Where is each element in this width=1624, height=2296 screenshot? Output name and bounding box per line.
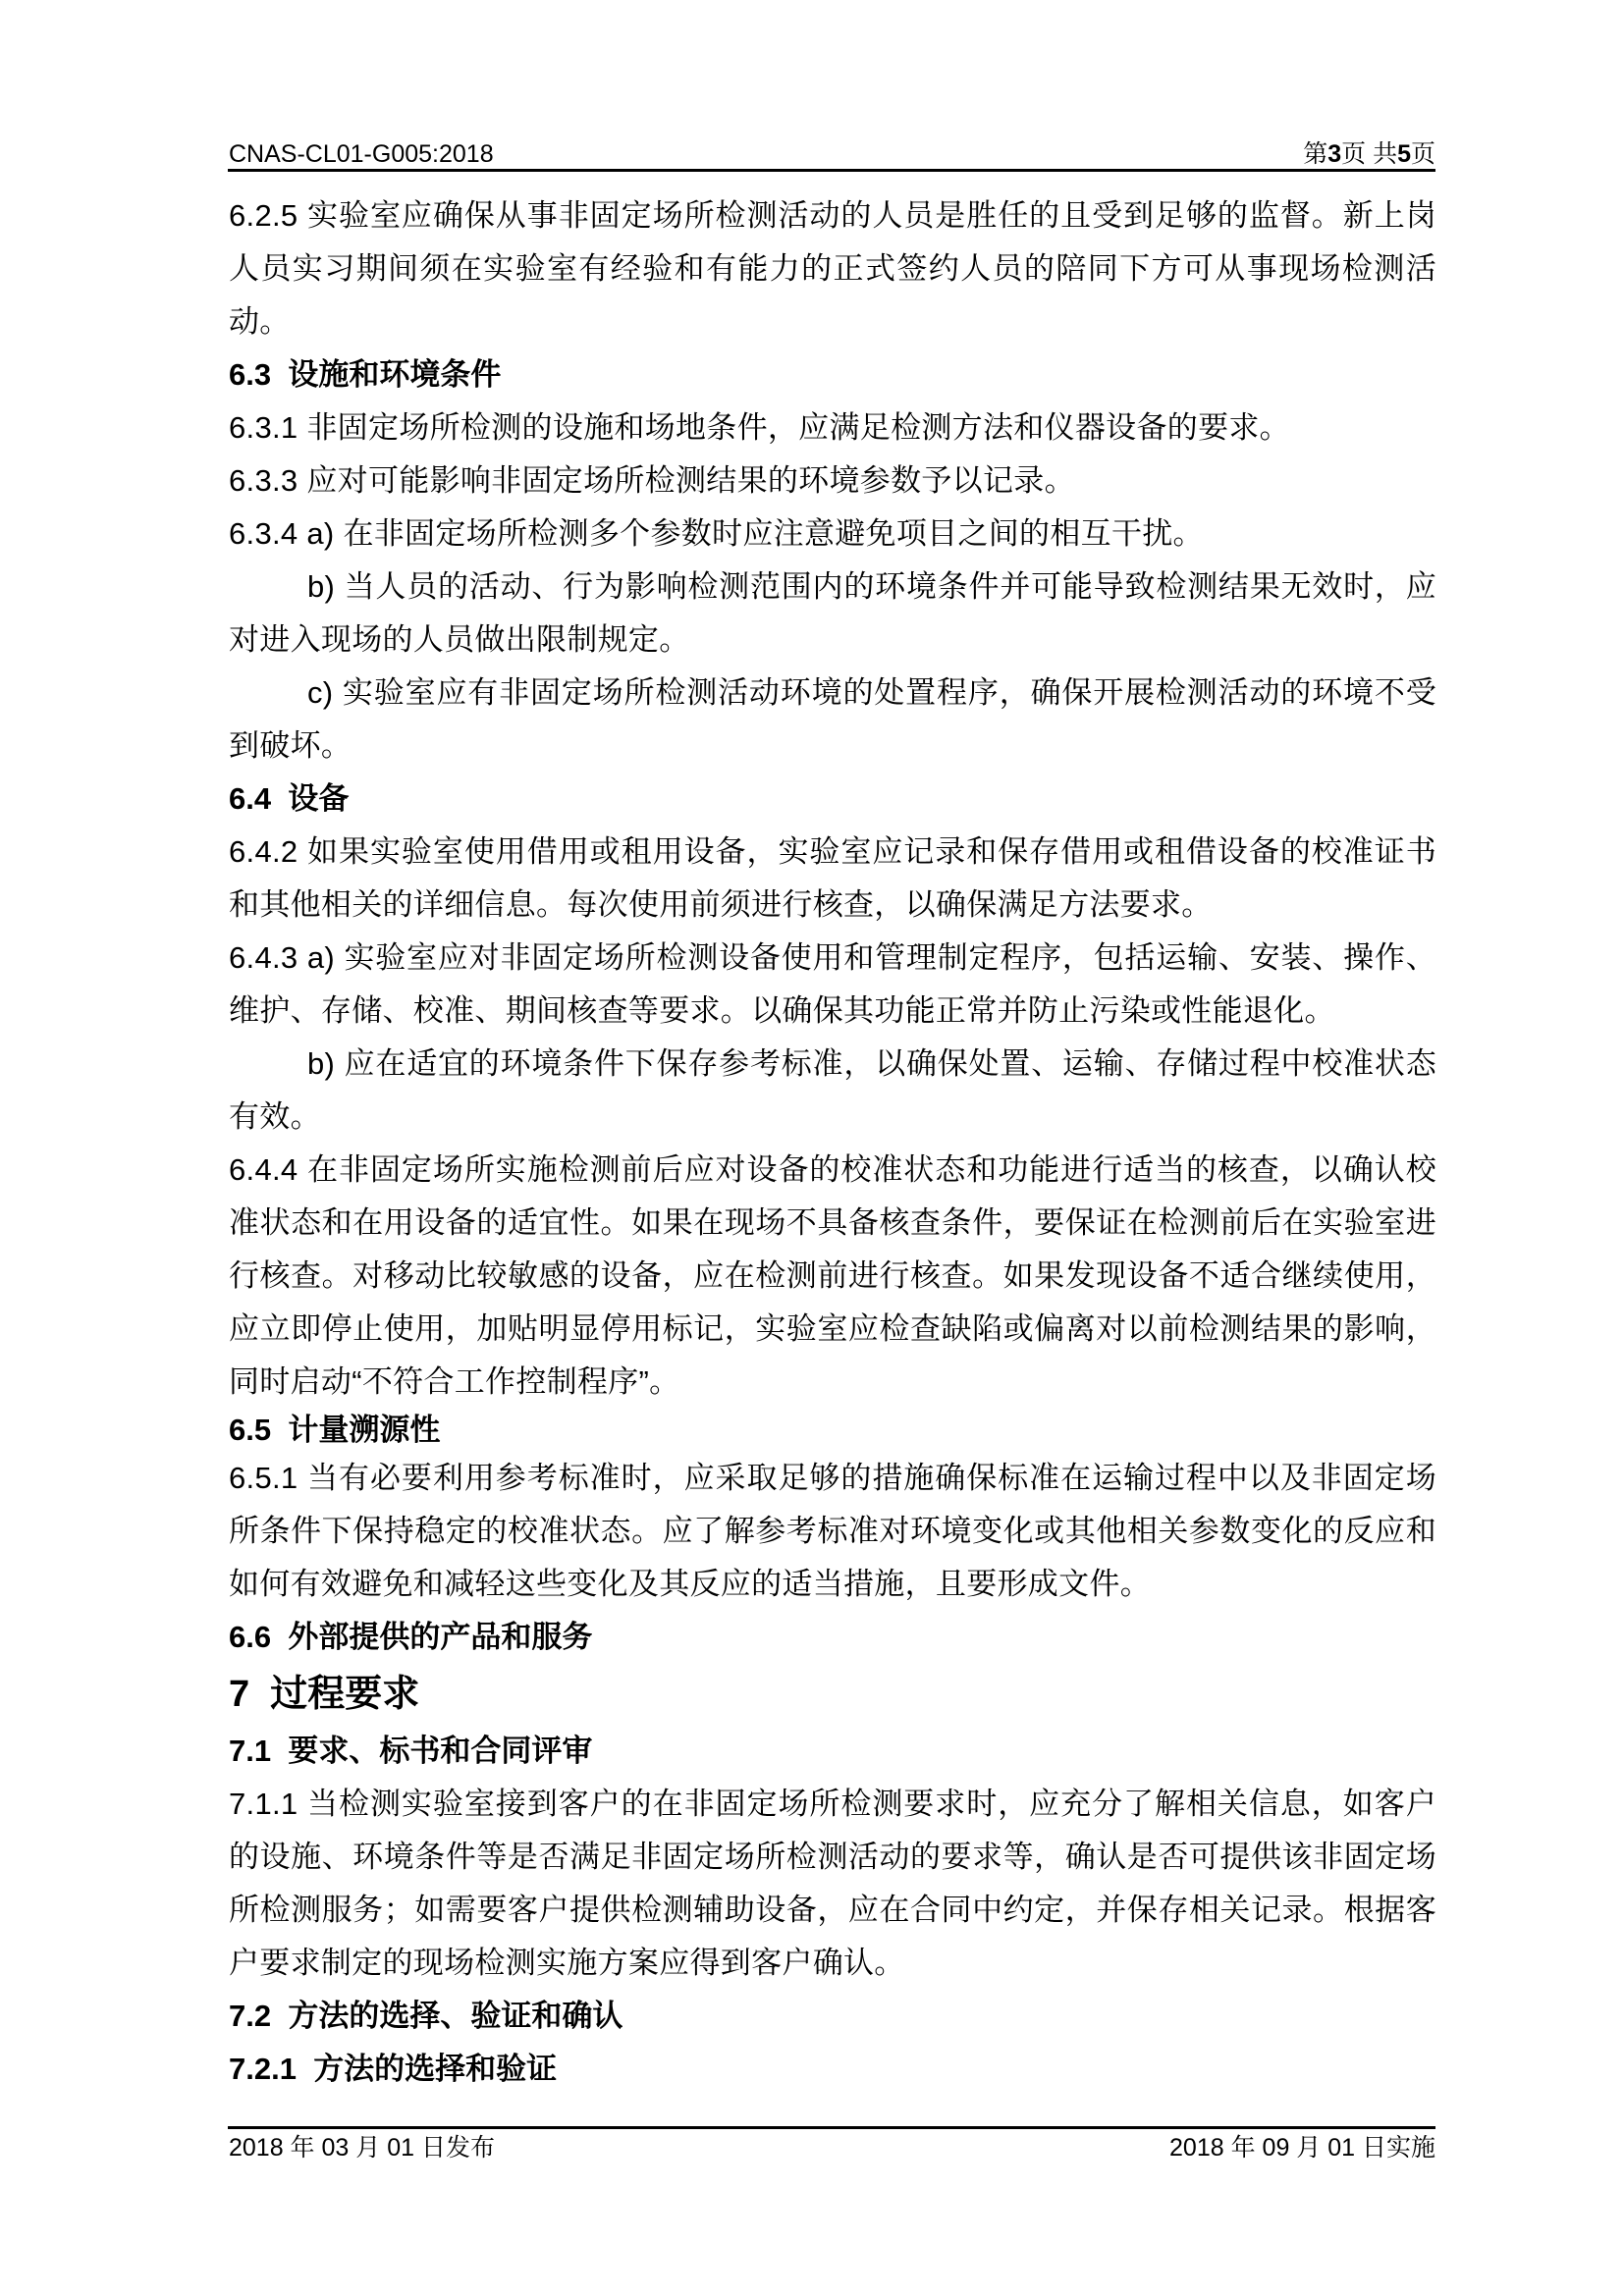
- clause-text: 应对可能影响非固定场所检测结果的环境参数予以记录。: [306, 463, 1075, 498]
- clause-number: 7.1.1: [229, 1787, 298, 1821]
- clause-6-5-1: 6.5.1 当有必要利用参考标准时，应采取足够的措施确保标准在运输过程中以及非固…: [229, 1452, 1436, 1611]
- clause-7-1-1: 7.1.1 当检测实验室接到客户的在非固定场所检测要求时，应充分了解相关信息，如…: [229, 1778, 1436, 1990]
- clause-text: 实验室应有非固定场所检测活动环境的处置程序，确保开展检测活动的环境不受到破坏。: [229, 675, 1436, 763]
- clause-6-3-3: 6.3.3 应对可能影响非固定场所检测结果的环境参数予以记录。: [229, 454, 1436, 507]
- page-mid: 页 共: [1341, 140, 1397, 168]
- effective-date: 2018 年 09 月 01 日实施: [1169, 2131, 1435, 2164]
- heading-title: 计量溯源性: [288, 1413, 440, 1447]
- section-heading-6-6: 6.6 外部提供的产品和服务: [229, 1611, 1436, 1664]
- clause-number: b): [307, 569, 335, 604]
- clause-text: 当检测实验室接到客户的在非固定场所检测要求时，应充分了解相关信息，如客户的设施、…: [229, 1787, 1436, 1980]
- page-prefix: 第: [1303, 140, 1327, 168]
- clause-6-3-4-a: 6.3.4 a) 在非固定场所检测多个参数时应注意避免项目之间的相互干扰。: [229, 507, 1436, 561]
- heading-number: 6.3: [229, 357, 271, 392]
- clause-text: 在非固定场所实施检测前后应对设备的校准状态和功能进行适当的核查，以确认校准状态和…: [229, 1152, 1436, 1399]
- clause-6-4-2: 6.4.2 如果实验室使用借用或租用设备，实验室应记录和保存借用或租借设备的校准…: [229, 826, 1436, 932]
- section-heading-6-5: 6.5 计量溯源性: [229, 1409, 1436, 1452]
- document-body: 6.2.5 实验室应确保从事非固定场所检测活动的人员是胜任的且受到足够的监督。新…: [229, 189, 1436, 2096]
- clause-6-4-3-b: b) 应在适宜的环境条件下保存参考标准，以确保处置、运输、存储过程中校准状态有效…: [229, 1038, 1436, 1144]
- clause-6-3-4-c: c) 实验室应有非固定场所检测活动环境的处置程序，确保开展检测活动的环境不受到破…: [229, 667, 1436, 773]
- page-header: CNAS-CL01-G005:2018 第3页 共5页: [229, 135, 1435, 169]
- clause-number: 6.2.5: [229, 198, 298, 233]
- clause-text: 在非固定场所检测多个参数时应注意避免项目之间的相互干扰。: [343, 516, 1203, 551]
- clause-text: 如果实验室使用借用或租用设备，实验室应记录和保存借用或租借设备的校准证书和其他相…: [229, 834, 1436, 922]
- clause-number: 6.3.1: [229, 410, 298, 445]
- footer-rule: [228, 2126, 1435, 2129]
- heading-number: 7: [229, 1674, 249, 1715]
- heading-title: 过程要求: [270, 1674, 419, 1715]
- page-total: 5: [1397, 140, 1411, 168]
- heading-number: 6.4: [229, 781, 271, 816]
- clause-6-4-3-a: 6.4.3 a) 实验室应对非固定场所检测设备使用和管理制定程序，包括运输、安装…: [229, 932, 1436, 1038]
- clause-text: 非固定场所检测的设施和场地条件，应满足检测方法和仪器设备的要求。: [306, 410, 1290, 445]
- heading-title: 设施和环境条件: [288, 357, 501, 392]
- heading-title: 设备: [288, 781, 349, 816]
- document-code: CNAS-CL01-G005:2018: [229, 139, 494, 169]
- section-heading-6-4: 6.4 设备: [229, 773, 1436, 826]
- heading-title: 外部提供的产品和服务: [288, 1620, 592, 1654]
- section-heading-7-1: 7.1 要求、标书和合同评审: [229, 1725, 1436, 1778]
- clause-6-3-1: 6.3.1 非固定场所检测的设施和场地条件，应满足检测方法和仪器设备的要求。: [229, 401, 1436, 454]
- section-heading-7-2-1: 7.2.1 方法的选择和验证: [229, 2043, 1436, 2096]
- heading-number: 7.2: [229, 1999, 271, 2033]
- heading-number: 7.1: [229, 1734, 271, 1768]
- heading-title: 要求、标书和合同评审: [288, 1734, 592, 1768]
- section-heading-7-2: 7.2 方法的选择、验证和确认: [229, 1990, 1436, 2043]
- issue-date: 2018 年 03 月 01 日发布: [229, 2131, 495, 2164]
- clause-text: 当有必要利用参考标准时，应采取足够的措施确保标准在运输过程中以及非固定场所条件下…: [229, 1461, 1436, 1601]
- clause-6-4-4: 6.4.4 在非固定场所实施检测前后应对设备的校准状态和功能进行适当的核查，以确…: [229, 1144, 1436, 1409]
- clause-number: 6.4.3 a): [229, 940, 335, 975]
- clause-number: 6.3.3: [229, 463, 298, 498]
- clause-number: 6.4.4: [229, 1152, 298, 1187]
- clause-6-3-4-b: b) 当人员的活动、行为影响检测范围内的环境条件并可能导致检测结果无效时，应对进…: [229, 561, 1436, 667]
- clause-text: 应在适宜的环境条件下保存参考标准，以确保处置、运输、存储过程中校准状态有效。: [229, 1046, 1436, 1134]
- heading-title: 方法的选择、验证和确认: [288, 1999, 623, 2033]
- heading-number: 7.2.1: [229, 2052, 297, 2086]
- page-suffix: 页: [1411, 140, 1435, 168]
- heading-number: 6.6: [229, 1620, 271, 1654]
- clause-number: b): [307, 1046, 335, 1081]
- page-number: 第3页 共5页: [1303, 139, 1435, 169]
- clause-text: 实验室应对非固定场所检测设备使用和管理制定程序，包括运输、安装、操作、维护、存储…: [229, 940, 1436, 1028]
- clause-number: 6.3.4 a): [229, 516, 335, 551]
- clause-text: 实验室应确保从事非固定场所检测活动的人员是胜任的且受到足够的监督。新上岗人员实习…: [229, 198, 1436, 339]
- clause-number: 6.4.2: [229, 834, 298, 869]
- clause-6-2-5: 6.2.5 实验室应确保从事非固定场所检测活动的人员是胜任的且受到足够的监督。新…: [229, 189, 1436, 348]
- header-rule: [228, 169, 1435, 172]
- clause-text: 当人员的活动、行为影响检测范围内的环境条件并可能导致检测结果无效时，应对进入现场…: [229, 569, 1436, 657]
- heading-number: 6.5: [229, 1413, 271, 1447]
- chapter-heading-7: 7 过程要求: [229, 1664, 1436, 1725]
- section-heading-6-3: 6.3 设施和环境条件: [229, 348, 1436, 401]
- heading-title: 方法的选择和验证: [313, 2052, 557, 2086]
- page-footer: 2018 年 03 月 01 日发布 2018 年 09 月 01 日实施: [229, 2131, 1435, 2164]
- clause-number: c): [307, 675, 333, 710]
- page-current: 3: [1327, 140, 1341, 168]
- clause-number: 6.5.1: [229, 1461, 298, 1495]
